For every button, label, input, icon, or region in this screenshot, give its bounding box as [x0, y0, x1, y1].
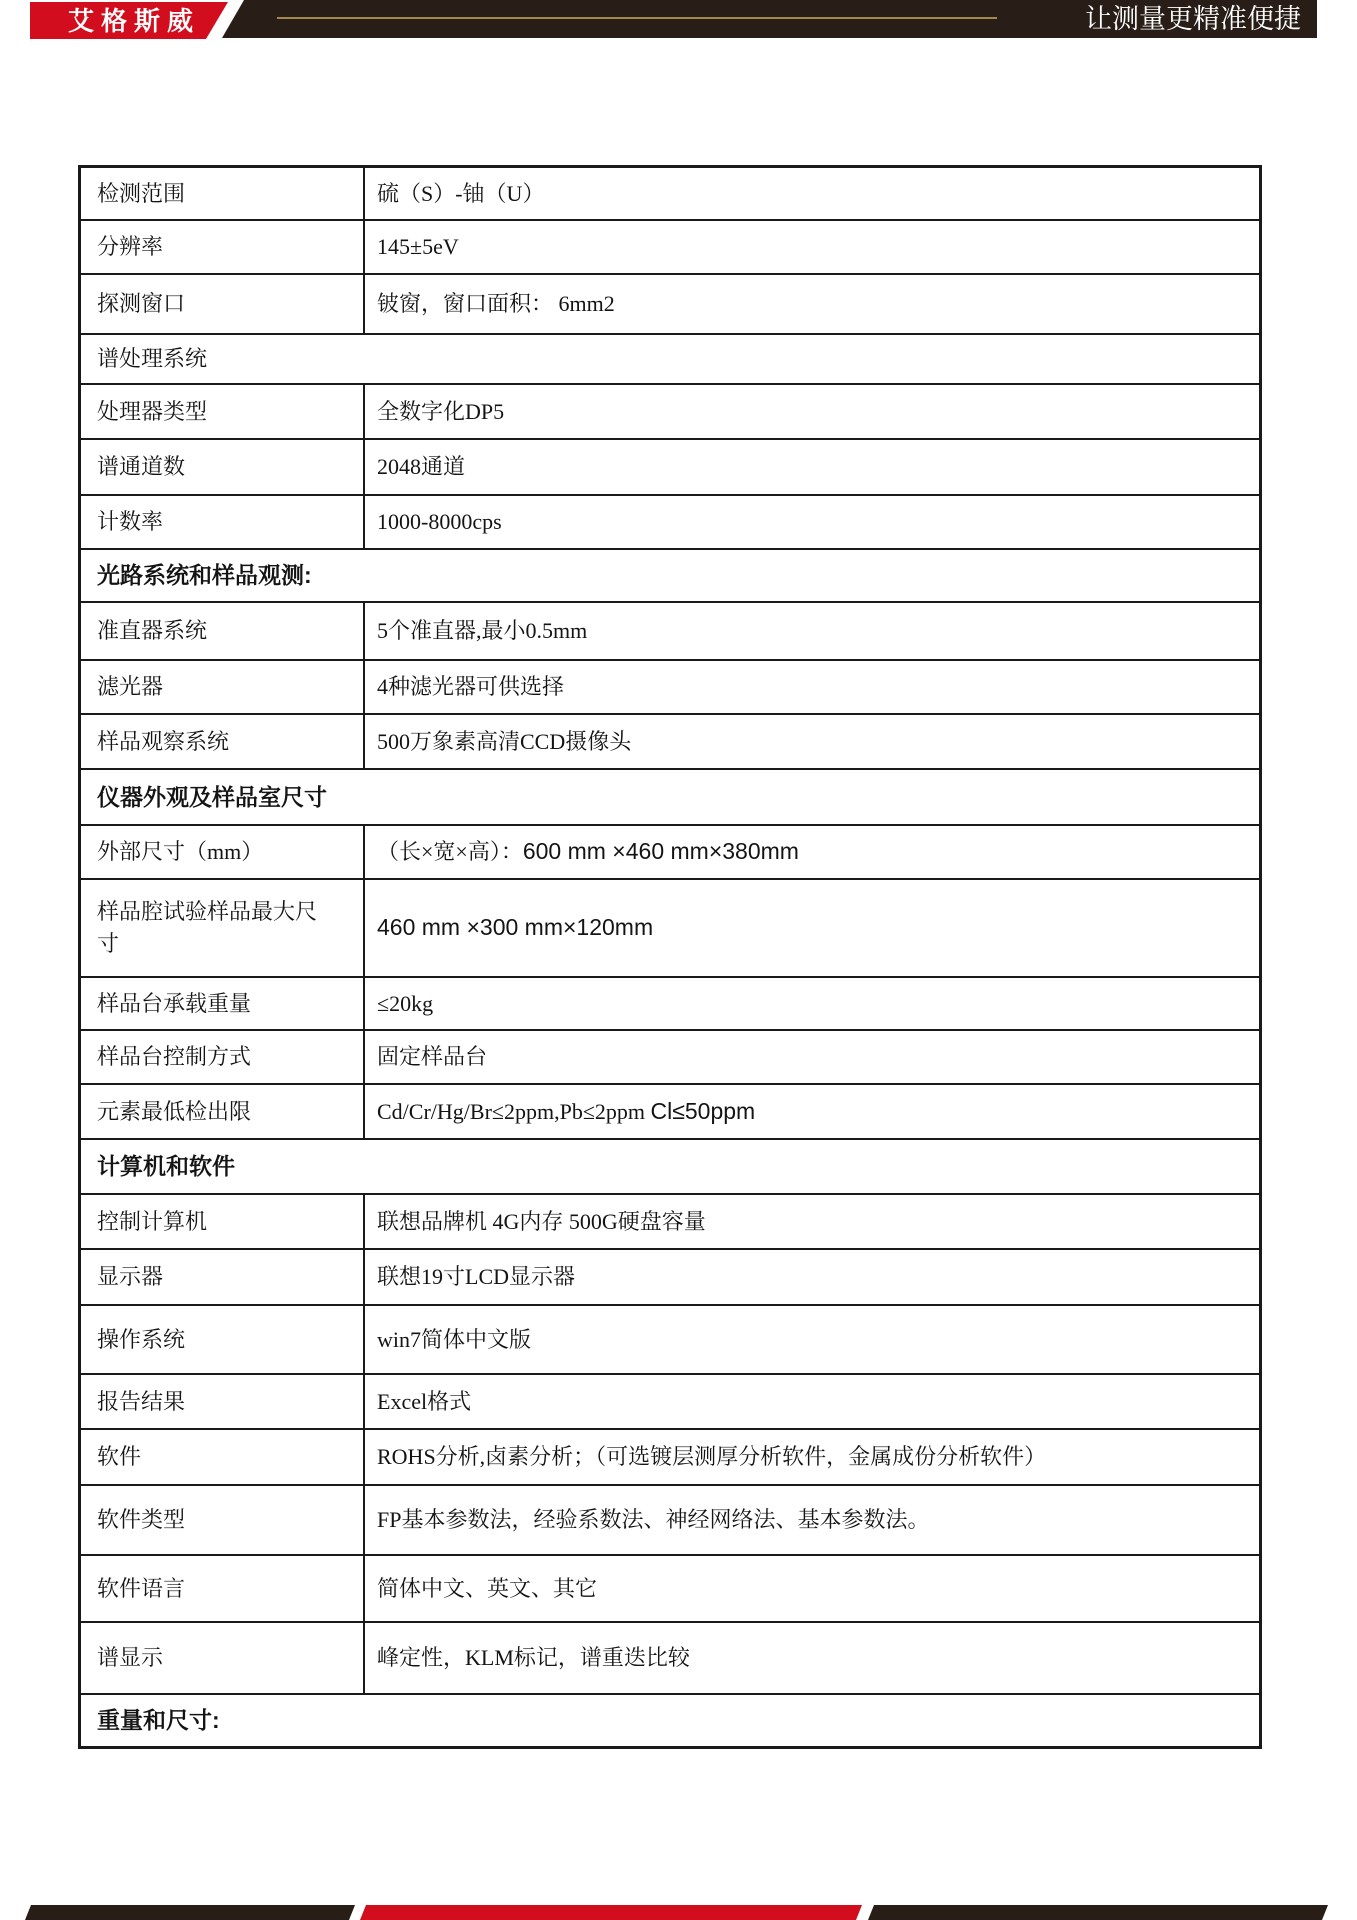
spec-value: 联想品牌机 4G内存 500G硬盘容量	[365, 1198, 1259, 1246]
spec-label: 元素最低检出限	[81, 1085, 365, 1138]
spec-row: 样品腔试验样品最大尺寸460 mm ×300 mm×120mm	[81, 880, 1259, 978]
spec-label: 样品腔试验样品最大尺寸	[81, 880, 365, 976]
spec-row: 谱显示峰定性，KLM标记，谱重迭比较	[81, 1623, 1259, 1695]
spec-row: 显示器联想19寸LCD显示器	[81, 1250, 1259, 1306]
spec-value-text: win7简体中文版	[377, 1327, 531, 1352]
spec-value-text: 2048通道	[377, 454, 465, 479]
spec-label: 操作系统	[81, 1306, 365, 1373]
header-tagline: 让测量更精准便捷	[1085, 0, 1301, 38]
spec-value-text: Cd/Cr/Hg/Br≤2ppm,Pb≤2ppm	[377, 1099, 651, 1124]
spec-label: 显示器	[81, 1250, 365, 1304]
spec-label: 探测窗口	[81, 275, 365, 333]
spec-value-text: （长×宽×高）：	[377, 839, 523, 864]
spec-value-text: 联想品牌机 4G内存 500G硬盘容量	[377, 1209, 706, 1234]
spec-label: 报告结果	[81, 1375, 365, 1428]
spec-value: FP基本参数法，经验系数法、神经网络法、基本参数法。	[365, 1496, 1259, 1544]
spec-value: 500万象素高清CCD摄像头	[365, 718, 1259, 766]
spec-label: 检测范围	[81, 168, 365, 219]
spec-value-text: 硫（S）-铀（U）	[377, 181, 544, 206]
spec-value-text: ROHS分析,卤素分析；（可选镀层测厚分析软件，金属成份分析软件）	[377, 1444, 1046, 1469]
spec-row: 外部尺寸（mm）（长×宽×高）：600 mm ×460 mm×380mm	[81, 826, 1259, 880]
spec-value: 2048通道	[365, 443, 1259, 491]
spec-value: 5个准直器,最小0.5mm	[365, 607, 1259, 655]
spec-value: （长×宽×高）：600 mm ×460 mm×380mm	[365, 827, 1259, 876]
spec-value-text: 全数字化DP5	[377, 399, 504, 424]
spec-value: ROHS分析,卤素分析；（可选镀层测厚分析软件，金属成份分析软件）	[365, 1433, 1259, 1481]
spec-row: 样品观察系统500万象素高清CCD摄像头	[81, 715, 1259, 770]
spec-value-text: 145±5eV	[377, 234, 459, 259]
spec-value: 固定样品台	[365, 1033, 1259, 1081]
logo-text: 艾格斯威	[58, 8, 200, 34]
spec-value: win7简体中文版	[365, 1316, 1259, 1364]
spec-label: 分辨率	[81, 221, 365, 273]
spec-value: 1000-8000cps	[365, 498, 1259, 546]
spec-label: 软件	[81, 1430, 365, 1484]
spec-table: 检测范围硫（S）-铀（U）分辨率145±5eV探测窗口铍窗，窗口面积： 6mm2…	[78, 165, 1262, 1749]
spec-label: 谱通道数	[81, 440, 365, 494]
spec-row: 软件语言简体中文、英文、其它	[81, 1556, 1259, 1623]
spec-value-text: 联想19寸LCD显示器	[377, 1264, 575, 1289]
logo-block: 艾格斯威	[30, 2, 228, 39]
spec-value: Excel格式	[365, 1378, 1259, 1426]
spec-row: 样品台承载重量≤20kg	[81, 978, 1259, 1031]
footer-bar	[0, 1905, 1357, 1920]
spec-value-text: FP基本参数法，经验系数法、神经网络法、基本参数法。	[377, 1507, 929, 1532]
spec-row: 谱通道数2048通道	[81, 440, 1259, 496]
spec-row: 滤光器4种滤光器可供选择	[81, 661, 1259, 715]
spec-label: 软件类型	[81, 1486, 365, 1554]
section-title: 仪器外观及样品室尺寸	[81, 773, 337, 821]
spec-label: 控制计算机	[81, 1195, 365, 1248]
section-row: 光路系统和样品观测:	[81, 550, 1259, 603]
spec-value: 联想19寸LCD显示器	[365, 1253, 1259, 1301]
section-row: 仪器外观及样品室尺寸	[81, 770, 1259, 826]
page: { "header": { "logo_text": "艾格斯威", "tagl…	[0, 0, 1357, 1920]
spec-label: 谱显示	[81, 1623, 365, 1693]
spec-label: 计数率	[81, 496, 365, 548]
spec-label: 软件语言	[81, 1556, 365, 1621]
spec-value: 简体中文、英文、其它	[365, 1565, 1259, 1613]
section-title: 计算机和软件	[81, 1142, 245, 1190]
section-row: 谱处理系统	[81, 335, 1259, 385]
spec-row: 分辨率145±5eV	[81, 221, 1259, 275]
footer-strip-red	[360, 1905, 862, 1920]
spec-value: 4种滤光器可供选择	[365, 663, 1259, 711]
spec-value: 硫（S）-铀（U）	[365, 170, 1259, 218]
spec-value-text: 5个准直器,最小0.5mm	[377, 618, 587, 643]
spec-row: 探测窗口铍窗，窗口面积： 6mm2	[81, 275, 1259, 335]
spec-row: 软件ROHS分析,卤素分析；（可选镀层测厚分析软件，金属成份分析软件）	[81, 1430, 1259, 1486]
spec-label: 处理器类型	[81, 385, 365, 438]
spec-label: 样品台控制方式	[81, 1031, 365, 1083]
spec-value-text: 简体中文、英文、其它	[377, 1576, 597, 1601]
spec-value-text: Excel格式	[377, 1389, 471, 1414]
spec-value-text: 固定样品台	[377, 1044, 487, 1069]
spec-value: 460 mm ×300 mm×120mm	[365, 903, 1259, 952]
spec-value-text: 峰定性，KLM标记，谱重迭比较	[377, 1645, 690, 1670]
header-bar: 让测量更精准便捷 艾格斯威	[0, 0, 1357, 39]
section-row: 重量和尺寸:	[81, 1695, 1259, 1746]
spec-value-text: ≤20kg	[377, 991, 433, 1016]
spec-value-text: 铍窗，窗口面积： 6mm2	[377, 291, 615, 316]
spec-label: 准直器系统	[81, 603, 365, 659]
spec-value: 145±5eV	[365, 223, 1259, 271]
spec-row: 软件类型FP基本参数法，经验系数法、神经网络法、基本参数法。	[81, 1486, 1259, 1556]
spec-row: 检测范围硫（S）-铀（U）	[81, 168, 1259, 221]
spec-value: 峰定性，KLM标记，谱重迭比较	[365, 1634, 1259, 1682]
spec-row: 报告结果Excel格式	[81, 1375, 1259, 1430]
spec-row: 处理器类型全数字化DP5	[81, 385, 1259, 440]
footer-strip-dark-left	[25, 1905, 355, 1920]
spec-row: 准直器系统5个准直器,最小0.5mm	[81, 603, 1259, 661]
spec-label: 样品台承载重量	[81, 978, 365, 1029]
spec-value-latin-text: Cl≤50ppm	[651, 1098, 756, 1124]
section-title: 光路系统和样品观测:	[81, 551, 322, 599]
spec-value: Cd/Cr/Hg/Br≤2ppm,Pb≤2ppm Cl≤50ppm	[365, 1087, 1259, 1136]
footer-strip-dark-right	[868, 1905, 1328, 1920]
section-title: 谱处理系统	[81, 336, 217, 383]
spec-value-latin-text: 600 mm ×460 mm×380mm	[523, 838, 799, 864]
spec-label: 样品观察系统	[81, 715, 365, 768]
spec-row: 元素最低检出限Cd/Cr/Hg/Br≤2ppm,Pb≤2ppm Cl≤50ppm	[81, 1085, 1259, 1140]
spec-label: 外部尺寸（mm）	[81, 826, 365, 878]
spec-value: ≤20kg	[365, 980, 1259, 1028]
spec-row: 控制计算机联想品牌机 4G内存 500G硬盘容量	[81, 1195, 1259, 1250]
header-dark-band: 让测量更精准便捷	[222, 0, 1317, 38]
spec-row: 计数率1000-8000cps	[81, 496, 1259, 550]
spec-value-text: 500万象素高清CCD摄像头	[377, 729, 631, 754]
spec-value: 全数字化DP5	[365, 388, 1259, 436]
gold-divider-line	[277, 17, 997, 19]
spec-value-text: 4种滤光器可供选择	[377, 674, 564, 699]
spec-value-latin-text: 460 mm ×300 mm×120mm	[377, 914, 653, 940]
spec-value-text: 1000-8000cps	[377, 509, 502, 534]
spec-label: 滤光器	[81, 661, 365, 713]
spec-value: 铍窗，窗口面积： 6mm2	[365, 280, 1259, 328]
section-title: 重量和尺寸:	[81, 1696, 230, 1744]
spec-row: 操作系统win7简体中文版	[81, 1306, 1259, 1375]
section-row: 计算机和软件	[81, 1140, 1259, 1195]
spec-row: 样品台控制方式固定样品台	[81, 1031, 1259, 1085]
